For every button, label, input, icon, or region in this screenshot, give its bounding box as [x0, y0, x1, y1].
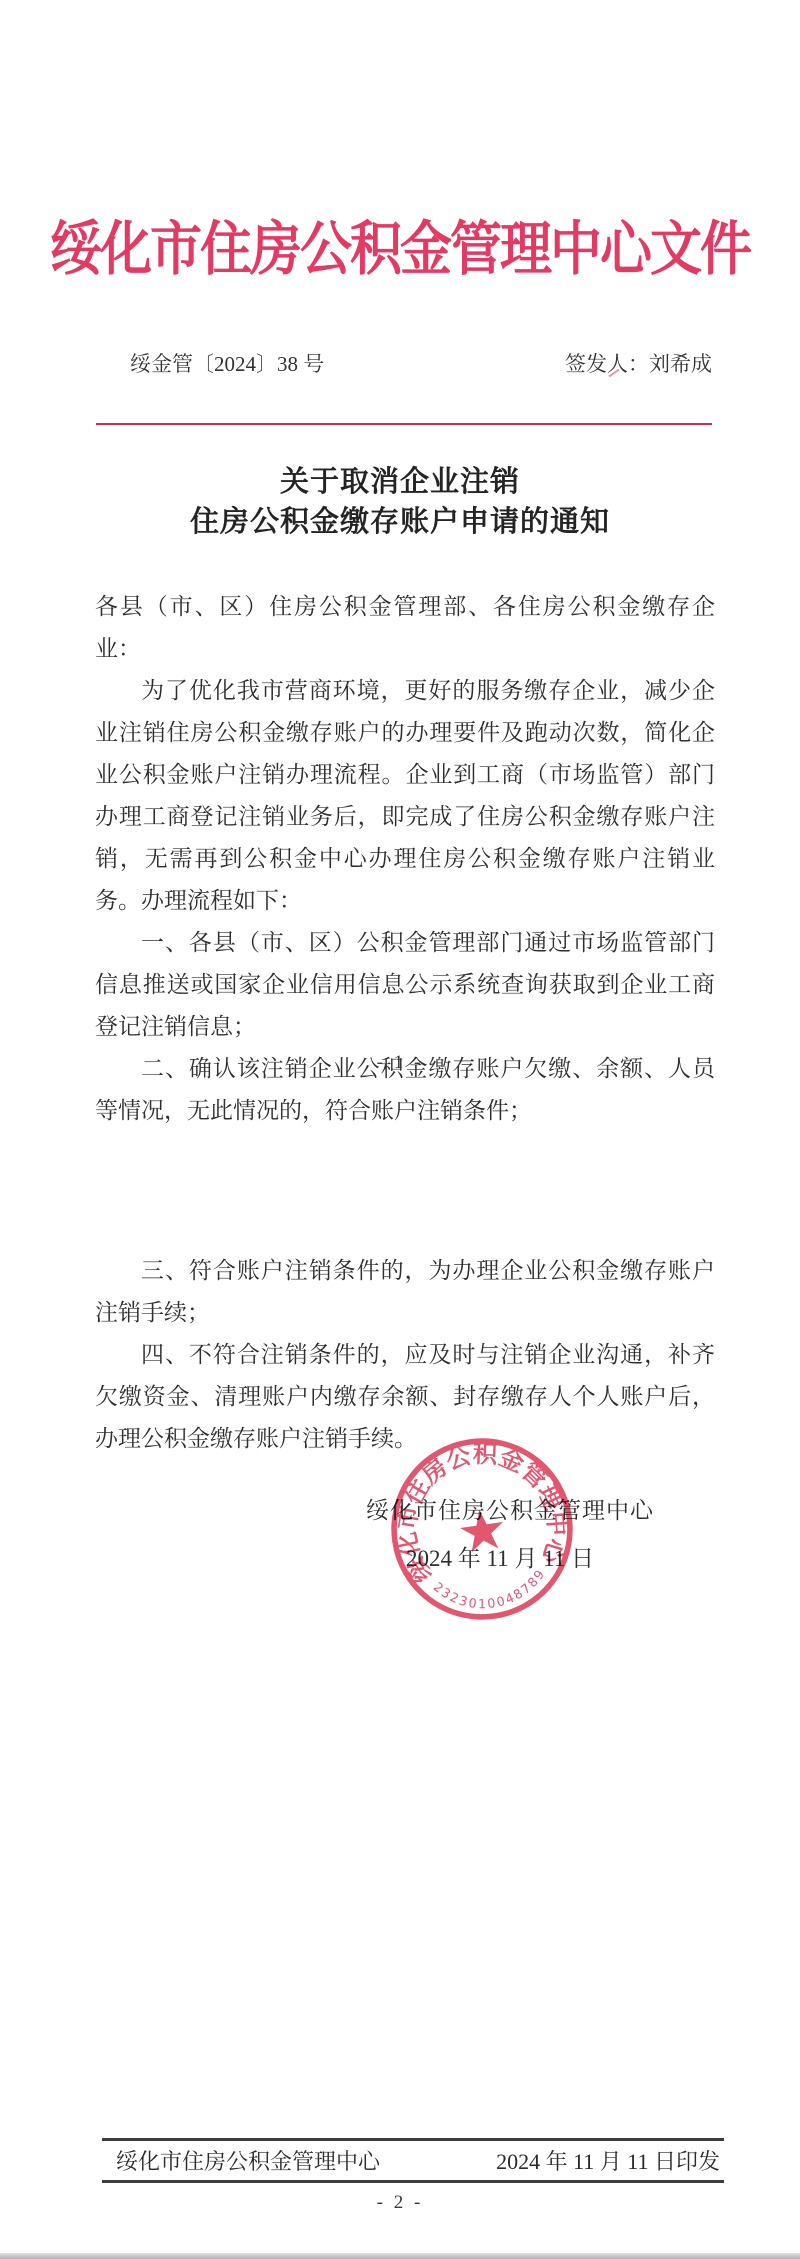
official-document-scan: 绥化市住房公积金管理中心文件 绥金管〔2024〕38 号 签发人：刘希成 关于取… [0, 0, 800, 2259]
footer-rule-bottom [102, 2180, 724, 2183]
colophon-organization: 绥化市住房公积金管理中心 [116, 2145, 380, 2176]
page1-number: - 1 - [0, 1052, 800, 1074]
paragraph: 三、符合账户注销条件的，为办理企业公积金缴存账户注销手续； [95, 1250, 715, 1334]
paragraph: 四、不符合注销条件的，应及时与注销企业沟通，补齐欠缴资金、清理账户内缴存余额、封… [95, 1334, 715, 1460]
colophon-row: 绥化市住房公积金管理中心 2024 年 11 月 11 日印发 [116, 2145, 720, 2176]
paragraph: 一、各县（市、区）公积金管理部门通过市场监管部门信息推送或国家企业信用信息公示系… [95, 922, 715, 1048]
signature-organization: 绥化市住房公积金管理中心 [366, 1492, 654, 1525]
footer-rule-top [102, 2138, 724, 2141]
page1-body-text: 各县（市、区）住房公积金管理部、各住房公积金缴存企业： 为了优化我市营商环境，更… [95, 586, 715, 1132]
red-letterhead-title: 绥化市住房公积金管理中心文件 [40, 202, 760, 286]
scan-edge-shadow [0, 2253, 800, 2259]
issuer-name: 签发人：刘希成 [565, 348, 712, 378]
document-number: 绥金管〔2024〕38 号 [130, 348, 324, 378]
document-number-row: 绥金管〔2024〕38 号 签发人：刘希成 [130, 348, 712, 378]
notice-title-line2: 住房公积金缴存账户申请的通知 [60, 502, 740, 542]
page2-body-text: 三、符合账户注销条件的，为办理企业公积金缴存账户注销手续； 四、不符合注销条件的… [95, 1250, 715, 1460]
signature-date: 2024 年 11 月 11 日 [406, 1540, 594, 1573]
notice-title: 关于取消企业注销 住房公积金缴存账户申请的通知 [60, 462, 740, 542]
salutation-line: 各县（市、区）住房公积金管理部、各住房公积金缴存企业： [95, 586, 715, 670]
colophon-print-date: 2024 年 11 月 11 日印发 [496, 2145, 720, 2176]
red-divider-line [96, 423, 712, 425]
notice-title-line1: 关于取消企业注销 [60, 462, 740, 502]
paragraph: 为了优化我市营商环境，更好的服务缴存企业，减少企业注销住房公积金缴存账户的办理要… [95, 670, 715, 922]
page2-number: - 2 - [0, 2192, 800, 2214]
